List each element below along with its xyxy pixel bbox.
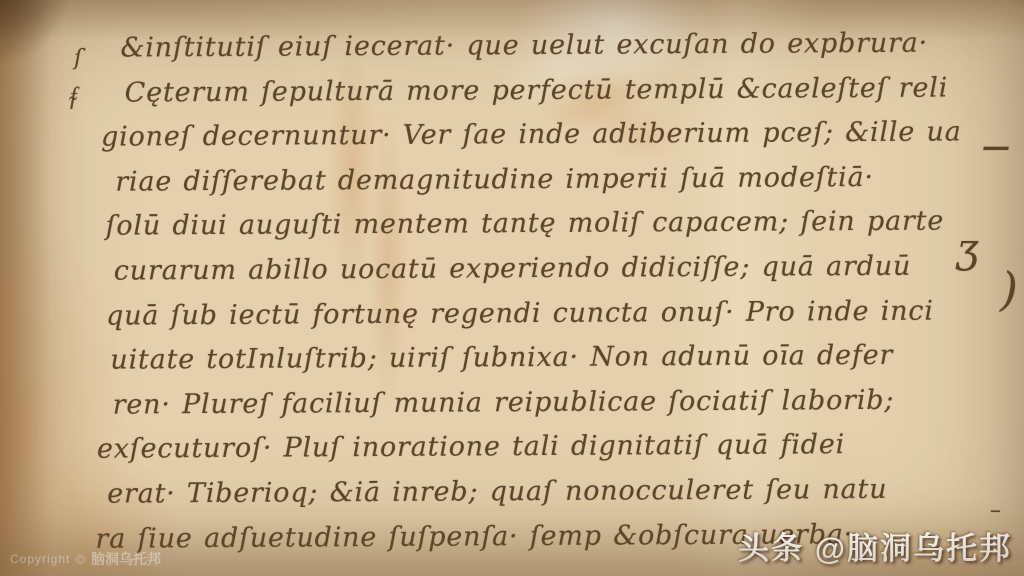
right-margin-squiggle-mark: ʒ (956, 226, 979, 272)
manuscript-line: ren· Plureſ faciliuſ munia reipublicae ſ… (113, 384, 969, 434)
manuscript-photo: &inſtitutiſ eiuſ iecerat· que uelut excu… (0, 0, 1024, 576)
manuscript-line: quā ſub iectū fortunę regendi cuncta onu… (106, 295, 968, 345)
copyright-icon: © (75, 552, 86, 567)
manuscript-line: uitate totInluſtrib; uiriſ ſubnixa· Non … (110, 340, 968, 390)
watermark-copyright: Copyright © 脑洞乌托邦 (10, 549, 161, 569)
left-margin-cross-mark: ᵮ (70, 82, 77, 111)
copyright-brand-name: 脑洞乌托邦 (91, 549, 161, 569)
copyright-label: Copyright (10, 552, 70, 566)
manuscript-line: ſolū diui auguſti mentem tantę moliſ cap… (105, 206, 967, 256)
manuscript-line: curarum abillo uocatū experiendo didiciſ… (114, 250, 968, 300)
manuscript-line: Cęterum ſepulturā more perfectū templū &… (125, 72, 967, 122)
manuscript-line: &inſtitutiſ eiuſ iecerat· que uelut excu… (120, 27, 966, 77)
manuscript-line: riae diſſerebat demagnitudine imperii ſu… (115, 161, 967, 211)
manuscript-line: exſecuturoſ· Pluſ inoratione tali dignit… (97, 429, 969, 479)
manuscript-line: gioneſ decernuntur· Ver ſae inde adtiber… (101, 117, 967, 167)
right-margin-curve-mark: ) (1000, 262, 1018, 316)
manuscript-line: erat· Tiberioq; &iā inreb; quaſ nonoccul… (107, 473, 969, 523)
watermark-toutiao-handle: 头条 @脑洞乌托邦 (738, 523, 1012, 568)
manuscript-text: &inſtitutiſ eiuſ iecerat· que uelut excu… (106, 27, 969, 567)
left-margin-mark: ſ (74, 46, 82, 71)
right-margin-dash-mark: — (982, 130, 1010, 163)
right-margin-dash-mark-2: – (990, 498, 1001, 523)
